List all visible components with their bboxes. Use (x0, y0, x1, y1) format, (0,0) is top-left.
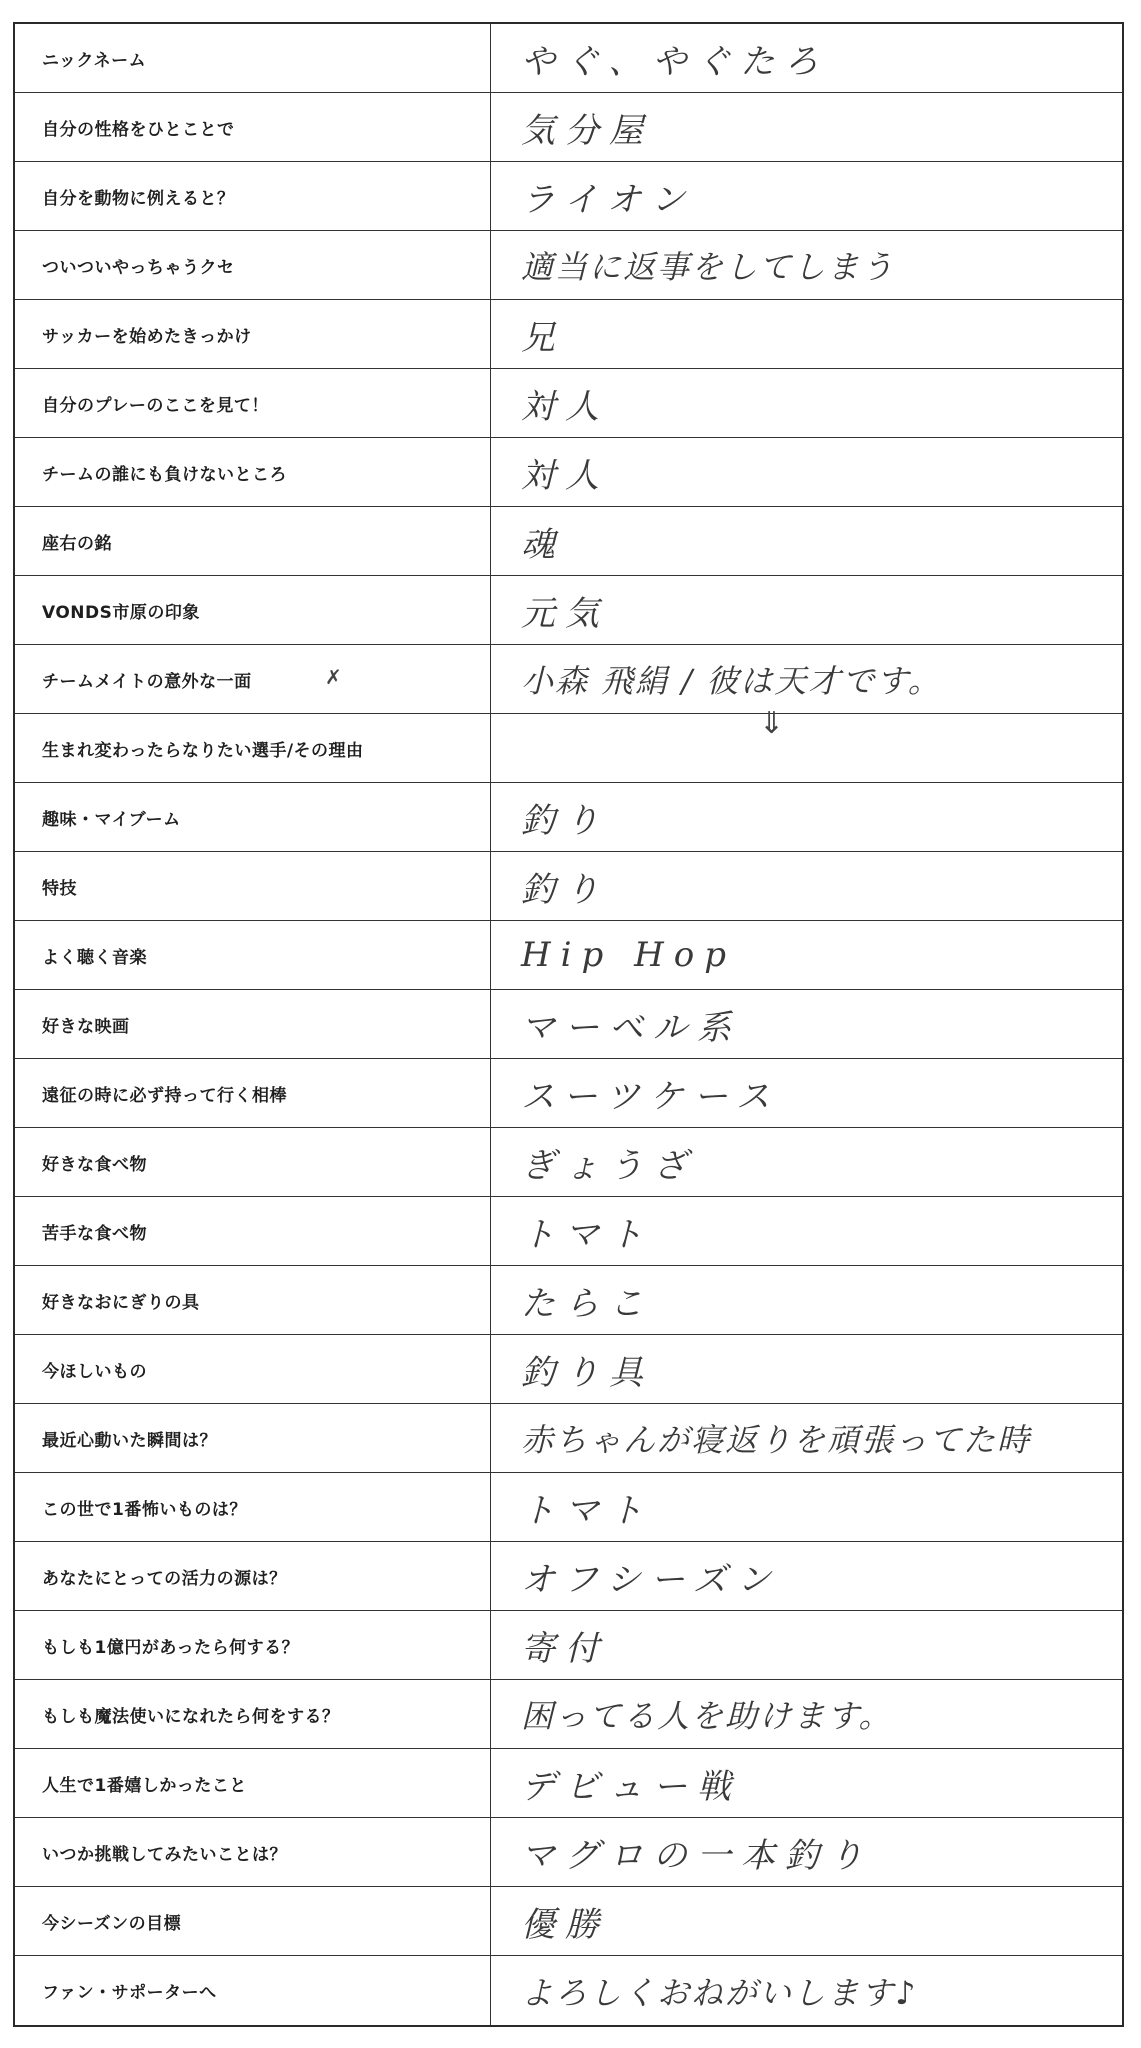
question-label: 人生で1番嬉しかったこと (15, 1749, 491, 1817)
question-text: ファン・サポーターへ (42, 1978, 217, 2003)
questionnaire-row: 苦手な食べ物トマト (15, 1197, 1122, 1266)
questionnaire-row: 今シーズンの目標優勝 (15, 1887, 1122, 1956)
question-label: この世で1番怖いものは？ (15, 1473, 491, 1541)
questionnaire-row: あなたにとっての活力の源は？オフシーズン (15, 1542, 1122, 1611)
question-text: 人生で1番嬉しかったこと (42, 1771, 247, 1796)
handwritten-answer: 魂 (491, 507, 1122, 575)
question-text: 趣味・マイブーム (42, 805, 181, 830)
handwritten-answer: 元気 (491, 576, 1122, 644)
handwritten-answer: 優勝 (491, 1887, 1122, 1955)
profile-questionnaire: ニックネームやぐ、やぐたろ自分の性格をひとことで気分屋自分を動物に例えると？ライ… (13, 22, 1124, 2027)
handwritten-answer: 釣り具 (491, 1335, 1122, 1403)
question-text: 最近心動いた瞬間は？ (42, 1426, 217, 1451)
question-text: 好きな映画 (42, 1012, 130, 1037)
answer-text: 釣り (521, 862, 609, 911)
answer-text: 優勝 (521, 1897, 609, 1946)
handwritten-check-mark-icon: ✗ (325, 665, 342, 689)
answer-text: よろしくおねがいします♪ (521, 1968, 917, 2014)
handwritten-answer: やぐ、やぐたろ (491, 24, 1122, 92)
question-label: ファン・サポーターへ (15, 1956, 491, 2025)
questionnaire-row: 好きなおにぎりの具たらこ (15, 1266, 1122, 1335)
handwritten-answer: Hip Hop (491, 921, 1122, 989)
answer-text: スーツケース (521, 1069, 780, 1118)
questionnaire-row: 座右の銘魂 (15, 507, 1122, 576)
answer-text: 魂 (521, 517, 565, 566)
questionnaire-row: 最近心動いた瞬間は？赤ちゃんが寝返りを頑張ってた時 (15, 1404, 1122, 1473)
answer-text: 赤ちゃんが寝返りを頑張ってた時 (521, 1415, 1031, 1461)
question-label: 座右の銘 (15, 507, 491, 575)
handwritten-answer: 釣り (491, 783, 1122, 851)
answer-text: 寄付 (521, 1621, 609, 1670)
question-text: 今ほしいもの (42, 1357, 147, 1382)
questionnaire-row: ついついやっちゃうクセ適当に返事をしてしまう (15, 231, 1122, 300)
handwritten-answer: ⇓ (491, 714, 1122, 782)
question-text: もしも1億円があったら何する？ (42, 1633, 299, 1658)
question-text: 自分を動物に例えると？ (42, 184, 235, 209)
question-label: チームの誰にも負けないところ (15, 438, 491, 506)
question-label: ついついやっちゃうクセ (15, 231, 491, 299)
answer-text: やぐ、やぐたろ (521, 34, 828, 83)
question-label: 好きなおにぎりの具 (15, 1266, 491, 1334)
answer-text: Hip Hop (521, 935, 736, 975)
handwritten-answer: 適当に返事をしてしまう (491, 231, 1122, 299)
questionnaire-row: この世で1番怖いものは？トマト (15, 1473, 1122, 1542)
question-text: チームの誰にも負けないところ (42, 460, 287, 485)
answer-text: マグロの一本釣り (521, 1828, 873, 1877)
handwritten-answer: スーツケース (491, 1059, 1122, 1127)
question-label: いつか挑戦してみたいことは？ (15, 1818, 491, 1886)
question-text: 特技 (42, 874, 77, 899)
handwritten-answer: 寄付 (491, 1611, 1122, 1679)
question-label: サッカーを始めたきっかけ (15, 300, 491, 368)
question-text: 自分の性格をひとことで (42, 115, 235, 140)
questionnaire-row: 自分を動物に例えると？ライオン (15, 162, 1122, 231)
question-label: 苦手な食べ物 (15, 1197, 491, 1265)
handwritten-answer: オフシーズン (491, 1542, 1122, 1610)
question-text: よく聴く音楽 (42, 943, 147, 968)
questionnaire-row: 自分のプレーのここを見て！対人 (15, 369, 1122, 438)
question-label: 自分のプレーのここを見て！ (15, 369, 491, 437)
answer-text: ぎょうざ (521, 1138, 697, 1187)
question-label: 自分の性格をひとことで (15, 93, 491, 161)
question-text: ついついやっちゃうクセ (42, 253, 235, 278)
answer-text: トマト (521, 1483, 653, 1532)
question-label: ニックネーム (15, 24, 491, 92)
questionnaire-row: もしも魔法使いになれたら何をする？困ってる人を助けます。 (15, 1680, 1122, 1749)
question-label: 特技 (15, 852, 491, 920)
handwritten-answer: 困ってる人を助けます。 (491, 1680, 1122, 1748)
question-text: チームメイトの意外な一面 (42, 667, 252, 692)
handwritten-answer: たらこ (491, 1266, 1122, 1334)
questionnaire-row: ファン・サポーターへよろしくおねがいします♪ (15, 1956, 1122, 2025)
answer-text: 元気 (521, 586, 609, 635)
questionnaire-row: 今ほしいもの釣り具 (15, 1335, 1122, 1404)
questionnaire-row: もしも1億円があったら何する？寄付 (15, 1611, 1122, 1680)
questionnaire-row: いつか挑戦してみたいことは？マグロの一本釣り (15, 1818, 1122, 1887)
handwritten-answer: 兄 (491, 300, 1122, 368)
questionnaire-row: 生まれ変わったらなりたい選手/その理由⇓ (15, 714, 1122, 783)
answer-text: 気分屋 (521, 103, 653, 152)
question-text: 今シーズンの目標 (42, 1909, 181, 1934)
handwritten-answer: トマト (491, 1473, 1122, 1541)
question-label: チームメイトの意外な一面✗ (15, 645, 491, 713)
question-label: 最近心動いた瞬間は？ (15, 1404, 491, 1472)
questionnaire-row: VONDS市原の印象元気 (15, 576, 1122, 645)
answer-text: たらこ (521, 1276, 653, 1325)
question-text: 苦手な食べ物 (42, 1219, 147, 1244)
questionnaire-row: よく聴く音楽Hip Hop (15, 921, 1122, 990)
questionnaire-row: 人生で1番嬉しかったことデビュー戦 (15, 1749, 1122, 1818)
handwritten-answer: ぎょうざ (491, 1128, 1122, 1196)
question-text: 生まれ変わったらなりたい選手/その理由 (42, 736, 364, 761)
question-label: もしも1億円があったら何する？ (15, 1611, 491, 1679)
answer-text: 対人 (521, 448, 609, 497)
answer-text: 釣り (521, 793, 609, 842)
question-label: 今シーズンの目標 (15, 1887, 491, 1955)
questionnaire-row: サッカーを始めたきっかけ兄 (15, 300, 1122, 369)
question-text: いつか挑戦してみたいことは？ (42, 1840, 287, 1865)
answer-text: マーベル系 (521, 1000, 741, 1049)
answer-text: 兄 (521, 310, 565, 359)
question-label: VONDS市原の印象 (15, 576, 491, 644)
answer-text: ライオン (521, 172, 695, 221)
question-text: 遠征の時に必ず持って行く相棒 (42, 1081, 287, 1106)
answer-text: 対人 (521, 379, 609, 428)
handwritten-answer: トマト (491, 1197, 1122, 1265)
handwritten-answer: マグロの一本釣り (491, 1818, 1122, 1886)
questionnaire-row: チームの誰にも負けないところ対人 (15, 438, 1122, 507)
question-label: よく聴く音楽 (15, 921, 491, 989)
question-label: もしも魔法使いになれたら何をする？ (15, 1680, 491, 1748)
question-text: もしも魔法使いになれたら何をする？ (42, 1702, 340, 1727)
question-text: 座右の銘 (42, 529, 112, 554)
questionnaire-row: 特技釣り (15, 852, 1122, 921)
question-text: 自分のプレーのここを見て！ (42, 391, 269, 416)
question-text: 好きな食べ物 (42, 1150, 147, 1175)
question-label: 趣味・マイブーム (15, 783, 491, 851)
question-text: あなたにとっての活力の源は？ (42, 1564, 287, 1589)
question-text: この世で1番怖いものは？ (42, 1495, 247, 1520)
handwritten-answer: 対人 (491, 438, 1122, 506)
question-text: VONDS市原の印象 (42, 598, 200, 623)
question-label: 今ほしいもの (15, 1335, 491, 1403)
handwritten-answer: マーベル系 (491, 990, 1122, 1058)
question-text: ニックネーム (42, 46, 146, 71)
answer-text: 適当に返事をしてしまう (521, 242, 895, 288)
handwritten-answer: デビュー戦 (491, 1749, 1122, 1817)
handwritten-answer: 釣り (491, 852, 1122, 920)
answer-text: オフシーズン (521, 1552, 781, 1601)
question-label: あなたにとっての活力の源は？ (15, 1542, 491, 1610)
question-label: 遠征の時に必ず持って行く相棒 (15, 1059, 491, 1127)
handwritten-answer: 対人 (491, 369, 1122, 437)
questionnaire-row: 趣味・マイブーム釣り (15, 783, 1122, 852)
questionnaire-row: チームメイトの意外な一面✗小森 飛絹 / 彼は天才です。 (15, 645, 1122, 714)
questionnaire-row: 好きな映画マーベル系 (15, 990, 1122, 1059)
answer-text: 釣り具 (521, 1345, 653, 1394)
questionnaire-row: 自分の性格をひとことで気分屋 (15, 93, 1122, 162)
answer-text: トマト (521, 1207, 653, 1256)
question-label: 生まれ変わったらなりたい選手/その理由 (15, 714, 491, 782)
question-label: 好きな食べ物 (15, 1128, 491, 1196)
answer-text: 困ってる人を助けます。 (521, 1691, 892, 1737)
question-label: 自分を動物に例えると？ (15, 162, 491, 230)
answer-text: 小森 飛絹 / 彼は天才です。 (521, 656, 942, 702)
question-text: 好きなおにぎりの具 (42, 1288, 200, 1313)
question-label: 好きな映画 (15, 990, 491, 1058)
handwritten-answer: ライオン (491, 162, 1122, 230)
handwritten-answer: 気分屋 (491, 93, 1122, 161)
handwritten-answer: 小森 飛絹 / 彼は天才です。 (491, 645, 1122, 713)
handwritten-answer: 赤ちゃんが寝返りを頑張ってた時 (491, 1404, 1122, 1472)
questionnaire-row: 遠征の時に必ず持って行く相棒スーツケース (15, 1059, 1122, 1128)
questionnaire-row: ニックネームやぐ、やぐたろ (15, 24, 1122, 93)
answer-text: デビュー戦 (521, 1759, 741, 1808)
questionnaire-row: 好きな食べ物ぎょうざ (15, 1128, 1122, 1197)
handwritten-answer: よろしくおねがいします♪ (491, 1956, 1122, 2025)
handwritten-down-arrow-icon: ⇓ (759, 706, 784, 741)
question-text: サッカーを始めたきっかけ (42, 322, 252, 347)
